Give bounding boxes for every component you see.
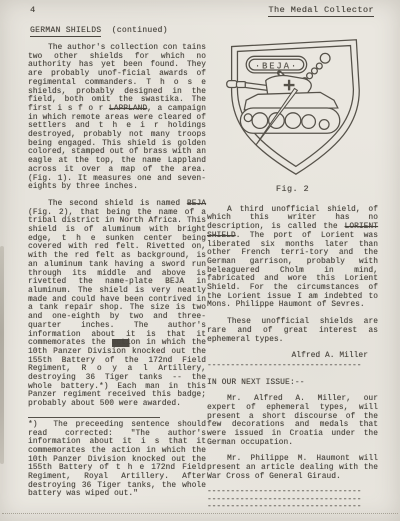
footnote-paragraph: *) The preceeding sentence should read c… [28,421,206,499]
paragraph-lorient: A third unofficial shield, of which this… [207,206,378,310]
lorient-text-cont: . The port of Lorient was liberated six … [207,232,378,310]
paragraph-beja: The second shield is named BEJA (Fig. 2)… [28,200,206,409]
road-wheel [301,115,315,129]
beja-emphasis: BEJA [187,200,206,208]
footnote-marker: *) [28,421,38,429]
page-header: 4 The Medal Collector [30,5,374,17]
para1-text-cont: , a campaign in which remote areas were … [28,105,206,191]
road-wheel [285,113,301,129]
para1-text: The author's collection con tains two ot… [28,44,206,113]
figure-beja-shield: ·BEJA· [207,30,378,182]
shield-plate-text: ·BEJA· [254,61,297,71]
para2-text-cont: (Fig. 2), that being the name of a triba… [28,209,206,348]
scan-edge-smudge [0,246,4,464]
section-heading: GERMAN SHIELDS (continued) [30,26,168,35]
scanned-page: 4 The Medal Collector GERMAN SHIELDS (co… [0,0,400,521]
end-dashes-line: --------------------------------- [207,497,378,505]
next-issue-item-1: Mr. Alfred A. Miller, our expert of ephe… [207,395,378,447]
sword-pommel [320,53,330,63]
footnote-rule [28,417,160,418]
section-title: GERMAN SHIELDS [30,26,101,37]
left-column: The author's collection con tains two ot… [28,44,206,499]
sword-grip-ring [306,73,312,79]
next-issue-item-2: Mr. Philippe M. Haumont will present an … [207,455,378,481]
page-number: 4 [30,5,35,15]
para2-text-end: in which the 10th Panzer Division knocke… [28,339,206,408]
sword-grip-ring [311,68,317,74]
road-wheel [252,113,268,129]
end-dashes-line: --------------------------------- [207,489,378,497]
footnote: *) The preceeding sentence should read c… [28,417,206,499]
sword-grip-ring [316,63,322,69]
end-dashes-line: --------------------------------- [207,504,378,512]
paragraph-closing: These unofficial shields are rare and of… [207,318,378,344]
road-wheel [244,114,252,122]
road-wheel [319,120,329,130]
beja-shield-drawing: ·BEJA· [211,30,375,182]
author-signature: Alfred A. Miller [207,352,378,361]
figure-caption: Fig. 2 [207,185,378,194]
footnote-text: The preceeding sentence should read corr… [28,421,206,499]
journal-title: The Medal Collector [268,5,374,17]
continued-text: (continued) [112,26,168,35]
tank-gun [245,83,267,91]
para2-text: The second shield is named [48,200,187,208]
separator-dashes: --------------------------------- [207,363,378,371]
tank-muzzle [226,81,237,88]
paragraph-lappland: The author's collection con tains two ot… [28,44,206,192]
overtyped-correction: action [112,339,141,347]
next-issue-heading: IN OUR NEXT ISSUE:-- [207,379,378,388]
right-column: ·BEJA· Fig. 2 A third unofficial shield,… [207,30,378,512]
lappland-emphasis: LAPPLAND [109,105,147,113]
scan-bottom-line [2,513,398,514]
